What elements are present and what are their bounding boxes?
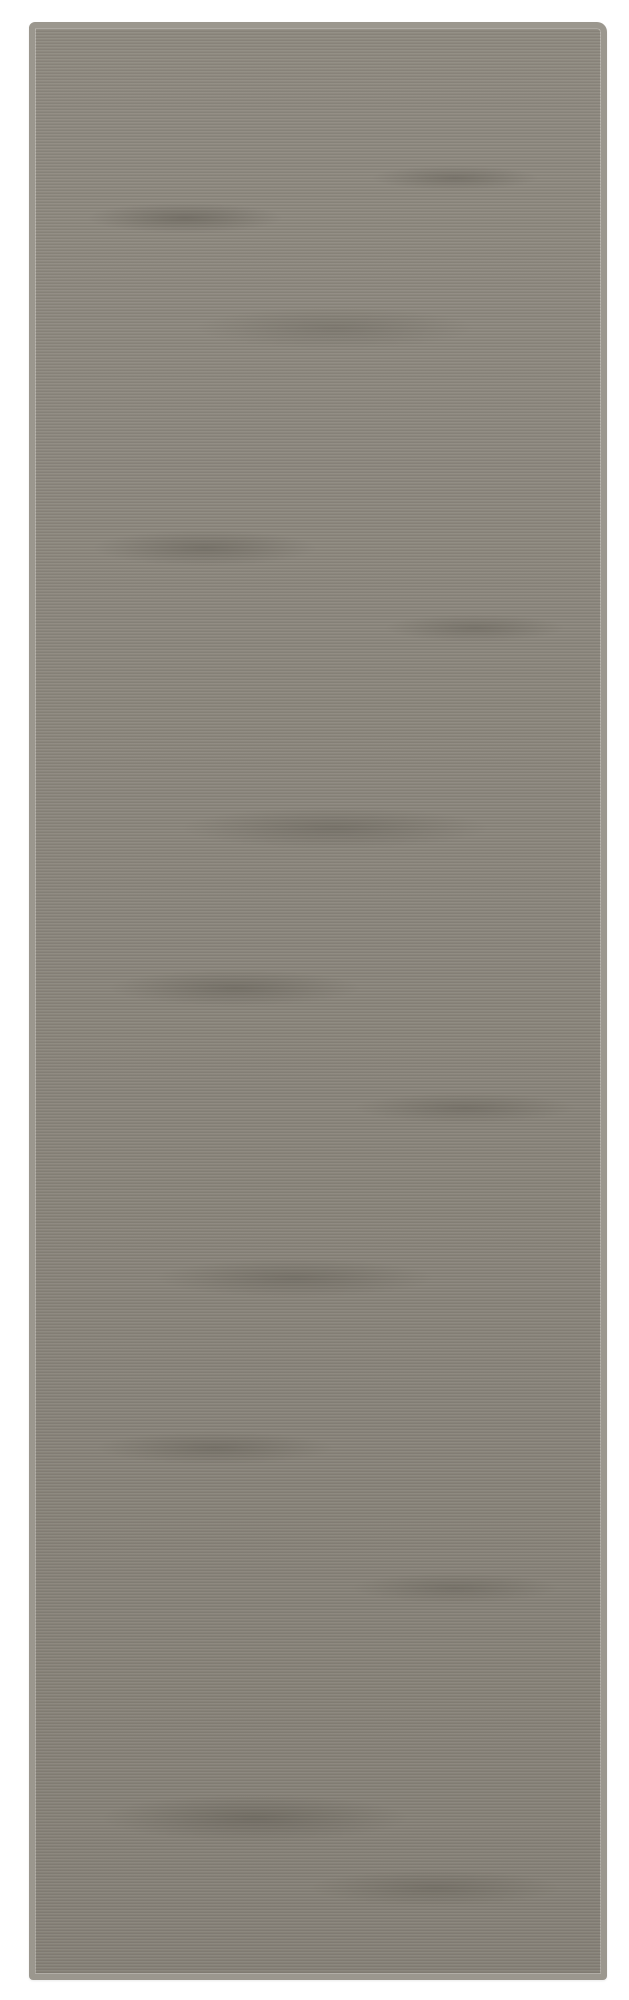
rug-mottled-pattern xyxy=(35,28,601,1974)
rug-runner xyxy=(29,22,607,1980)
